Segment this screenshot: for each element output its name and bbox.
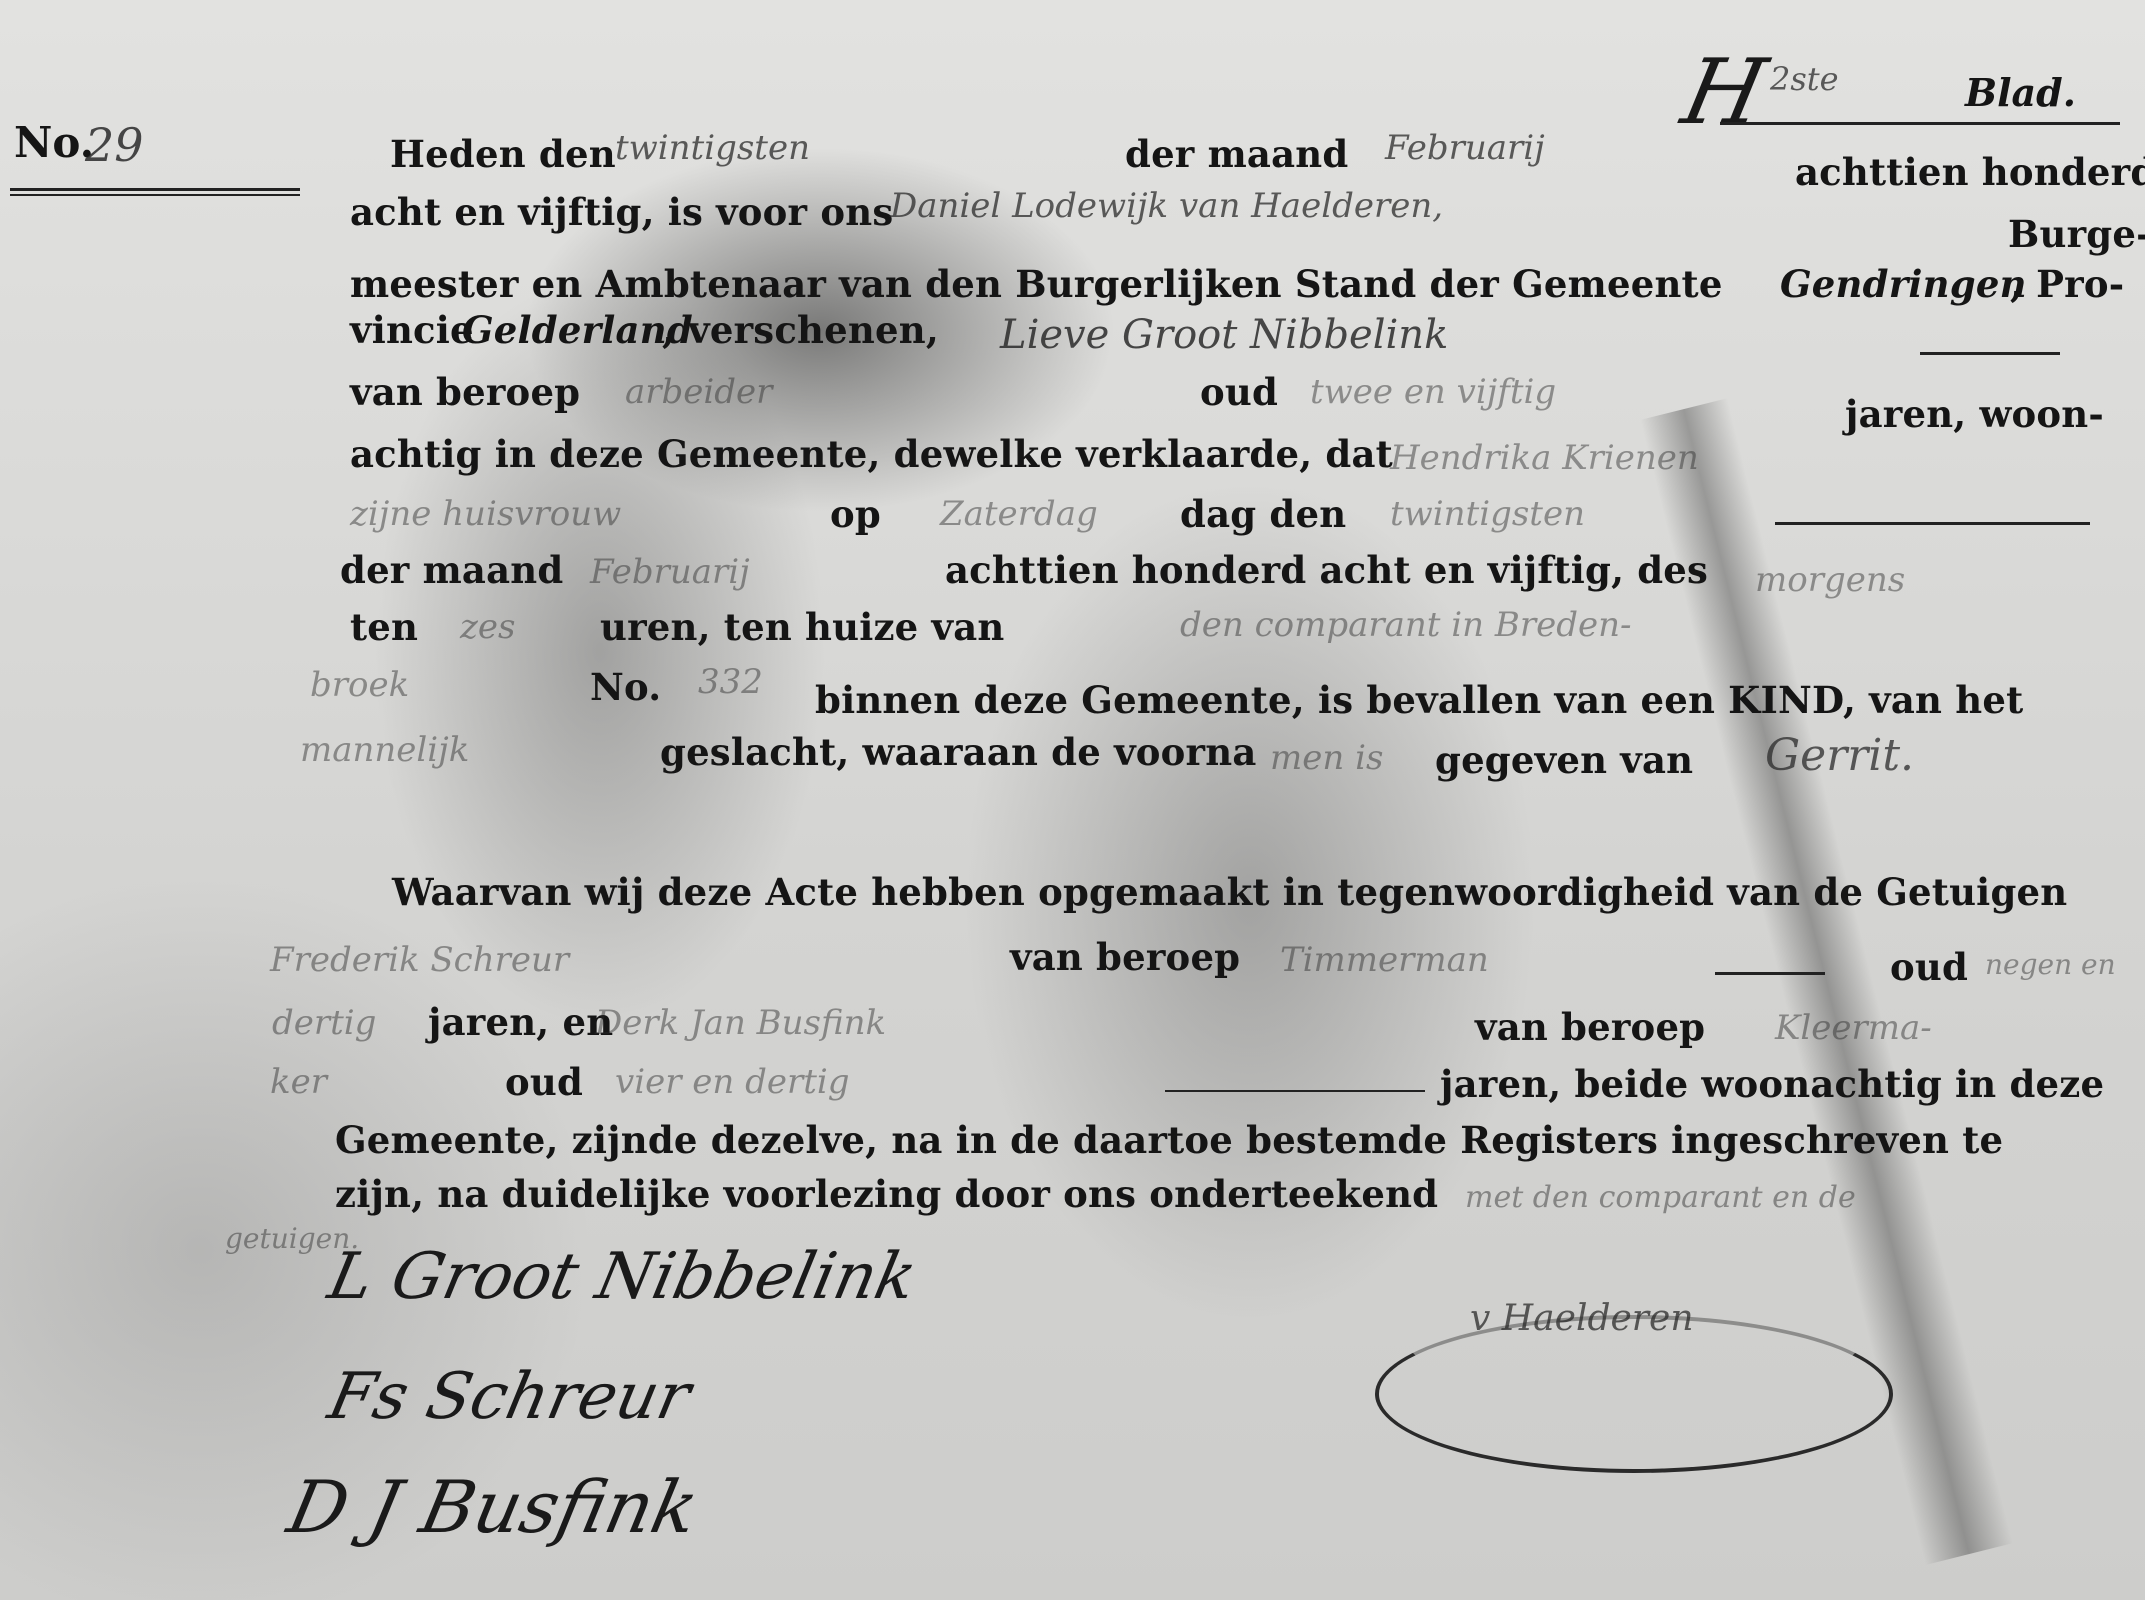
hand-occ2-cont: ker [270, 1062, 327, 1102]
text-vincie: vincie [350, 308, 474, 352]
hand-relation: zijne huisvrouw [350, 494, 621, 534]
text-oud-3: oud [505, 1060, 583, 1104]
hand-age: twee en vijftig [1310, 372, 1556, 412]
hand-day: twintigsten [615, 128, 810, 168]
text-achttien-honderd: achttien honderd [1795, 150, 2145, 194]
text-geslacht: geslacht, waaraan de voorna [660, 730, 1257, 774]
fill-line [1715, 972, 1825, 975]
text-van-beroep-3: van beroep [1475, 1005, 1705, 1049]
hand-addendum: met den comparant en de [1465, 1180, 1856, 1215]
hand-hour: zes [460, 607, 515, 647]
official-flourish-oval [1375, 1315, 1893, 1473]
text-burge: Burge- [2008, 212, 2145, 256]
text-gemeente-zijnde: Gemeente, zijnde dezelve, na in de daart… [335, 1118, 2003, 1162]
text-jaren-woon: jaren, woon- [1845, 392, 2104, 436]
hand-time-of-day: morgens [1755, 560, 1905, 600]
record-number-underline [10, 188, 300, 191]
record-number-label: No. [14, 118, 94, 167]
page-label: Blad. [1965, 70, 2076, 115]
text-achtig-in-deze: achtig in deze Gemeente, dewelke verklaa… [350, 432, 1393, 476]
text-uren-ten-huize: uren, ten huize van [600, 605, 1004, 649]
hand-child-name: Gerrit. [1765, 730, 1914, 781]
text-jaren-en: jaren, en [428, 1000, 613, 1044]
signature-declarant: L Groot Nibbelink [322, 1240, 923, 1314]
text-province: Gelderland [462, 308, 693, 352]
record-number: 29 [85, 118, 144, 172]
text-der-maand: der maand [1125, 132, 1348, 176]
hand-age1-cont: dertig [272, 1003, 376, 1043]
hand-occupation: arbeider [625, 372, 772, 412]
folio-underline [1720, 122, 2120, 125]
fill-line [1775, 522, 2090, 525]
text-pro: , Pro- [2010, 262, 2124, 306]
hand-house-number: 332 [698, 662, 763, 702]
text-op: op [830, 492, 881, 536]
hand-weekday: Zaterdag [940, 494, 1098, 534]
hand-date: twintigsten [1390, 494, 1585, 534]
text-oud-2: oud [1890, 945, 1968, 989]
hand-official-name: Daniel Lodewijk van Haelderen, [890, 186, 1443, 226]
hand-place: den comparant in Breden- [1180, 605, 1631, 645]
text-no: No. [590, 665, 661, 709]
text-municipality: Gendringen [1780, 262, 2027, 306]
hand-month: Februarij [1385, 128, 1545, 168]
text-acht-en-vijftig: acht en vijftig, is voor ons [350, 190, 893, 234]
folio-note: 2ste [1770, 60, 1839, 98]
text-oud: oud [1200, 370, 1278, 414]
text-heden-den: Heden den [390, 132, 616, 176]
text-van-beroep-2: van beroep [1010, 935, 1240, 979]
text-achttien-des: achttien honderd acht en vijftig, des [945, 548, 1708, 592]
hand-occupation1: Timmerman [1280, 940, 1489, 980]
text-meester: meester en Ambtenaar van den Burgerlijke… [350, 262, 1723, 306]
hand-month-2: Februarij [590, 552, 750, 592]
hand-occupation2: Kleerma- [1775, 1008, 1932, 1048]
text-verschenen: , verschenen, [662, 308, 939, 352]
signature-witness2: D J Busfink [281, 1465, 705, 1549]
hand-declarant: Lieve Groot Nibbelink [1000, 312, 1448, 358]
hand-witness2: Derk Jan Busfink [595, 1003, 886, 1043]
hand-age1: negen en [1985, 948, 2116, 981]
text-dag-den: dag den [1180, 492, 1346, 536]
text-van-beroep: van beroep [350, 370, 580, 414]
text-ten: ten [350, 605, 418, 649]
signature-witness1: Fs Schreur [322, 1360, 697, 1434]
hand-age2: vier en dertig [615, 1062, 850, 1102]
hand-sex: mannelijk [300, 730, 469, 770]
record-number-underline-2 [10, 194, 300, 196]
hand-voornamen: men is [1270, 738, 1383, 778]
hand-mother: Hendrika Krienen [1390, 438, 1699, 478]
text-binnen-deze: binnen deze Gemeente, is bevallen van ee… [815, 678, 2023, 722]
text-zijn-na: zijn, na duidelijke voorlezing door ons … [335, 1172, 1438, 1216]
fill-line [1165, 1090, 1425, 1092]
hand-witness1: Frederik Schreur [270, 940, 569, 980]
text-jaren-beide: jaren, beide woonachtig in deze [1440, 1062, 2104, 1106]
text-gegeven-van: gegeven van [1435, 738, 1693, 782]
hand-place-cont: broek [310, 665, 409, 705]
text-waarvan: Waarvan wij deze Acte hebben opgemaakt i… [392, 870, 2067, 914]
text-der-maand-2: der maand [340, 548, 563, 592]
fill-line [1920, 352, 2060, 355]
